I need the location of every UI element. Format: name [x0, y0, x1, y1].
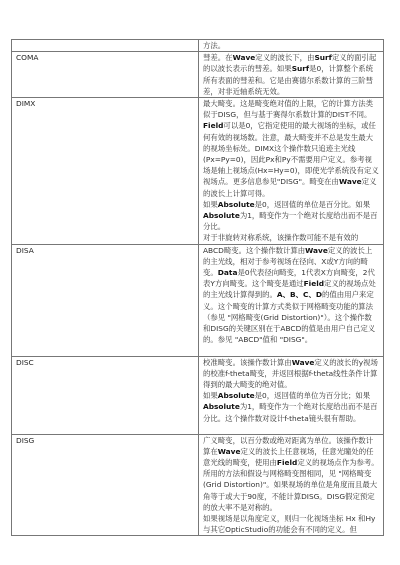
- parameter-keyword: Field: [203, 121, 223, 130]
- parameter-keyword: Surf: [292, 64, 309, 73]
- parameter-keyword: Absolute: [218, 391, 255, 400]
- description-text: 如果视场是以角度定义，则归一化视场坐标 Hx 和Hy 与其它OpticStudi…: [203, 514, 375, 534]
- description-text: 校准畸变。该操作数计算由: [203, 358, 292, 367]
- parameter-keyword: Wave: [292, 358, 315, 367]
- description-text: 是0，返回值的单位是百分比。如果: [255, 200, 371, 209]
- description-text: ABCD畸变。这个操作数计算由: [203, 246, 305, 255]
- description-paragraph: 广义畸变，以百分数或绝对距离为单位。该操作数计算在Wave定义的波长上任意视场，…: [203, 435, 379, 513]
- description-paragraph: 对于非旋转对称系统，该操作数可能不是有效的: [203, 232, 379, 243]
- description-text: 彗差。在: [203, 53, 233, 62]
- operand-description-cell: 校准畸变。该操作数计算由Wave定义的波长的y视场的校准f-theta畸变，并返…: [199, 356, 384, 434]
- description-text: 如果: [203, 200, 218, 209]
- description-paragraph: 彗差。在Wave定义的波长下，由Surf定义的面引起的以波长表示的彗差。如果Su…: [203, 52, 379, 97]
- description-text: 方法。: [203, 41, 225, 50]
- operand-name-cell: DISC: [12, 356, 199, 434]
- operand-description-cell: 广义畸变，以百分数或绝对距离为单位。该操作数计算在Wave定义的波长上任意视场，…: [199, 434, 384, 536]
- description-text: 最大畸变。这是畸变绝对值的上限，它的计算方法类似于DISG，但与基于赛得尔系数计…: [203, 99, 373, 119]
- table-row: DISAABCD畸变。这个操作数计算由Wave定义的波长上的主光线，相对于参考视…: [12, 244, 384, 356]
- parameter-keyword: Wave: [339, 177, 362, 186]
- description-text: 定义的波长下，由: [255, 53, 314, 62]
- operand-name-cell: DIMX: [12, 98, 199, 245]
- description-text: 对于非旋转对称系统，该操作数可能不是有效的: [203, 233, 358, 242]
- description-paragraph: 如果视场是以角度定义，则归一化视场坐标 Hx 和Hy 与其它OpticStudi…: [203, 513, 379, 535]
- description-paragraph: 如果Absolute是0，返回值的单位是百分比。如果Absolute为1，畸变作…: [203, 199, 379, 233]
- description-paragraph: 如果Absolute是0，返回值的单位为百分比；如果Absolute为1，畸变作…: [203, 390, 379, 424]
- parameter-keyword: Surf: [314, 53, 331, 62]
- parameter-keyword: A、B、C、D: [277, 290, 322, 299]
- parameter-keyword: Data: [218, 268, 238, 277]
- operand-table: 方法。COMA彗差。在Wave定义的波长下，由Surf定义的面引起的以波长表示的…: [11, 39, 384, 536]
- parameter-keyword: Field: [304, 279, 324, 288]
- operand-description-cell: 彗差。在Wave定义的波长下，由Surf定义的面引起的以波长表示的彗差。如果Su…: [199, 52, 384, 98]
- table-row: COMA彗差。在Wave定义的波长下，由Surf定义的面引起的以波长表示的彗差。…: [12, 52, 384, 98]
- parameter-keyword: Wave: [305, 246, 328, 255]
- table-row: 方法。: [12, 40, 384, 52]
- operand-name-cell: DISG: [12, 434, 199, 536]
- operand-name-cell: [12, 40, 199, 52]
- description-paragraph: 校准畸变。该操作数计算由Wave定义的波长的y视场的校准f-theta畸变，并返…: [203, 357, 379, 391]
- description-text: 如果: [203, 391, 218, 400]
- description-text: 是0，返回值的单位为百分比；如果: [255, 391, 371, 400]
- table-row: DISG广义畸变，以百分数或绝对距离为单位。该操作数计算在Wave定义的波长上任…: [12, 434, 384, 536]
- parameter-keyword: Absolute: [203, 402, 240, 411]
- parameter-keyword: Absolute: [218, 200, 255, 209]
- operand-description-cell: 最大畸变。这是畸变绝对值的上限，它的计算方法类似于DISG，但与基于赛得尔系数计…: [199, 98, 384, 245]
- operand-description-cell: 方法。: [199, 40, 384, 52]
- parameter-keyword: Wave: [218, 447, 241, 456]
- table-row: DISC校准畸变。该操作数计算由Wave定义的波长的y视场的校准f-theta畸…: [12, 356, 384, 434]
- description-paragraph: 最大畸变。这是畸变绝对值的上限，它的计算方法类似于DISG，但与基于赛得尔系数计…: [203, 98, 379, 199]
- operand-name-cell: DISA: [12, 244, 199, 356]
- description-paragraph: ABCD畸变。这个操作数计算由Wave定义的波长上的主光线，相对于参考视场在径向…: [203, 245, 379, 346]
- operand-name-cell: COMA: [12, 52, 199, 98]
- description-paragraph: 方法。: [203, 40, 379, 51]
- table-row: DIMX最大畸变。这是畸变绝对值的上限，它的计算方法类似于DISG，但与基于赛得…: [12, 98, 384, 245]
- parameter-keyword: Wave: [233, 53, 256, 62]
- parameter-keyword: Absolute: [203, 211, 240, 220]
- operand-description-cell: ABCD畸变。这个操作数计算由Wave定义的波长上的主光线，相对于参考视场在径向…: [199, 244, 384, 356]
- parameter-keyword: Field: [277, 458, 297, 467]
